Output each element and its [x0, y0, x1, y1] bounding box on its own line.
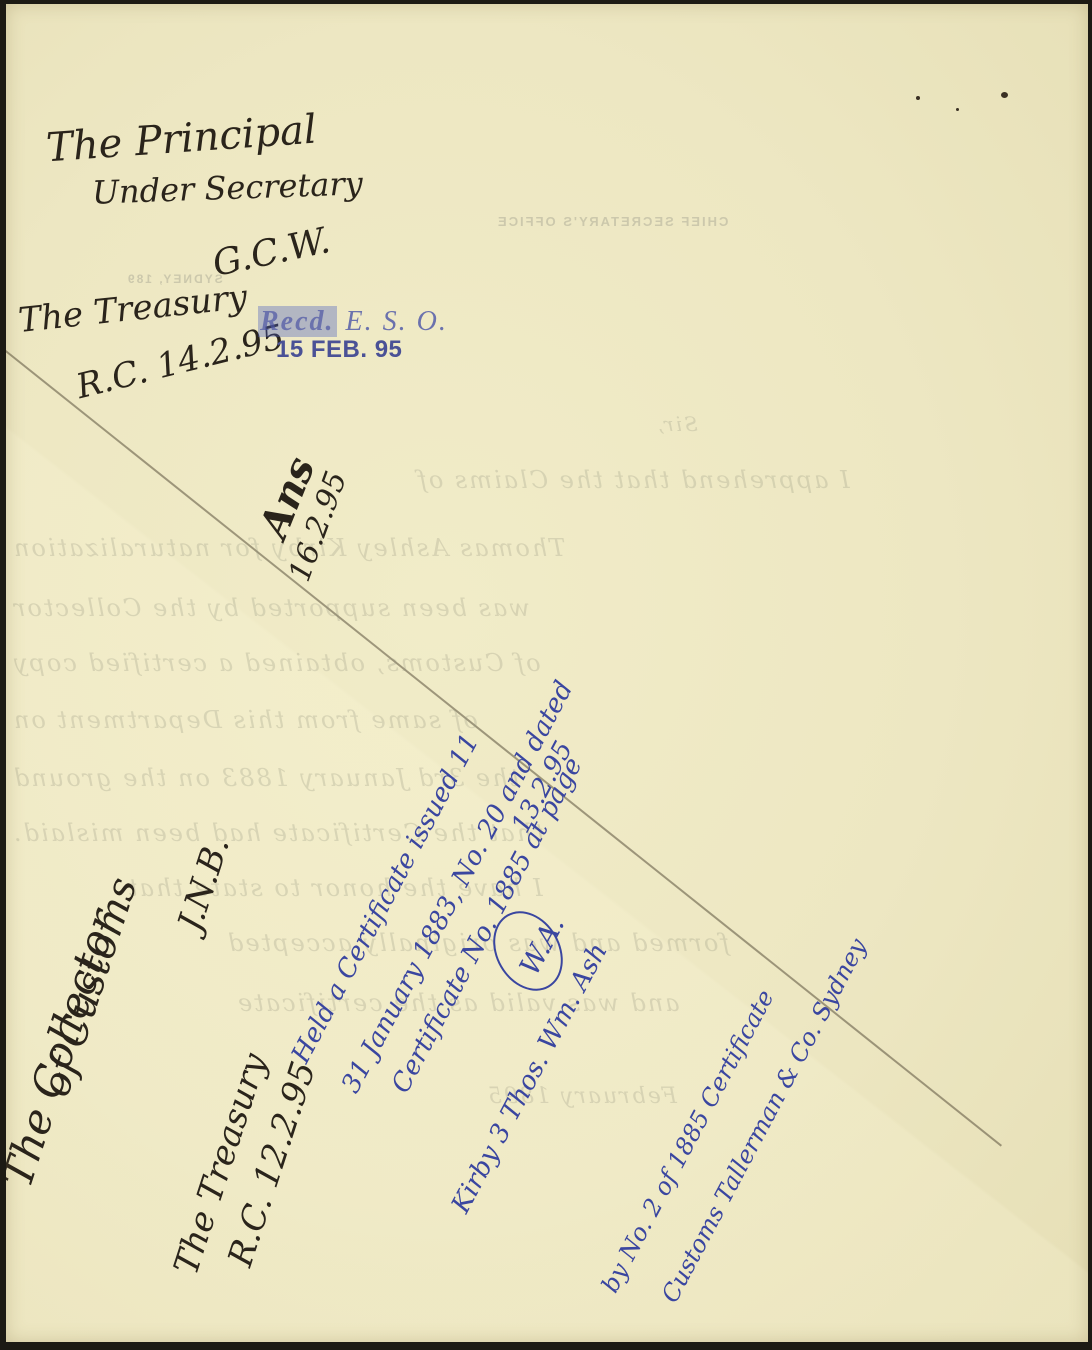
- document-page: CHIEF SECRETARY'S OFFICE SYDNEY, 189 Sir…: [6, 4, 1088, 1342]
- letterhead-bleed-1: CHIEF SECRETARY'S OFFICE: [496, 214, 728, 229]
- paper-speck: [956, 108, 959, 111]
- body-bleed-line: I apprehend that the Claims of: [416, 466, 850, 494]
- body-bleed-line: was been supported by the Collector: [12, 594, 530, 622]
- stamp-received-label: Recd.: [258, 306, 337, 337]
- stamp-date: 15 FEB. 95: [276, 336, 448, 364]
- paper-speck: [1001, 92, 1008, 98]
- paper-speck: [916, 96, 920, 100]
- received-stamp: Recd. E. S. O. 15 FEB. 95: [258, 306, 448, 364]
- body-bleed-line: of same from this Department on: [12, 706, 478, 734]
- salutation-bleed: Sir,: [656, 412, 698, 436]
- stamp-office: E. S. O.: [346, 306, 448, 337]
- body-bleed-line: of Customs, obtained a certified copy: [12, 649, 541, 677]
